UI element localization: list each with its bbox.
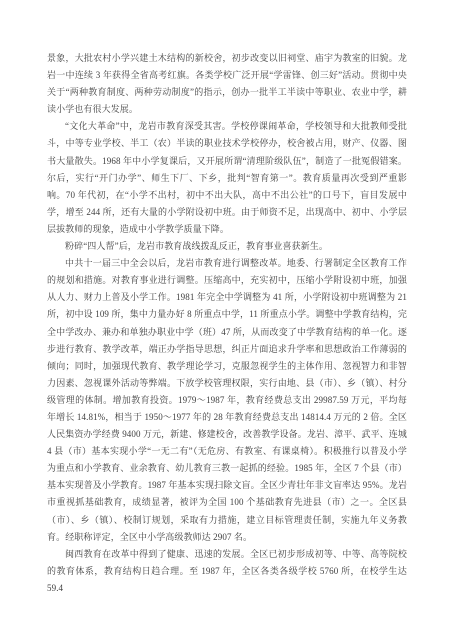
- paragraph-gang-of-four: 粉碎“四人帮”后，龙岩市教育战线拨乱反正，教育事业喜获新生。: [47, 238, 407, 255]
- paragraph-continuation: 景象，大批农村小学兴建土木结构的新校舍，初步改变以旧祠堂、庙宇为教室的旧貌。龙岩…: [47, 50, 407, 118]
- paragraph-reform-adjustment: 中共十一届三中全会以后，龙岩市教育进行调整改革。地委、行署制定全区教育工作的规划…: [47, 255, 407, 546]
- body-text: 景象，大批农村小学兴建土木结构的新校舍，初步改变以旧祠堂、庙宇为教室的旧貌。龙岩…: [47, 50, 407, 597]
- document-page: 景象，大批农村小学兴建土木结构的新校舍，初步改变以旧祠堂、庙宇为教室的旧貌。龙岩…: [0, 0, 450, 636]
- paragraph-cultural-revolution: “文化大革命”中，龙岩市教育深受其害。学校停课闹革命，学校领导和大批教师受批斗，…: [47, 118, 407, 238]
- paragraph-minxi-education: 闽西教育在改革中得到了健康、迅速的发展。全区已初步形成初等、中等、高等院校的教育…: [47, 546, 407, 597]
